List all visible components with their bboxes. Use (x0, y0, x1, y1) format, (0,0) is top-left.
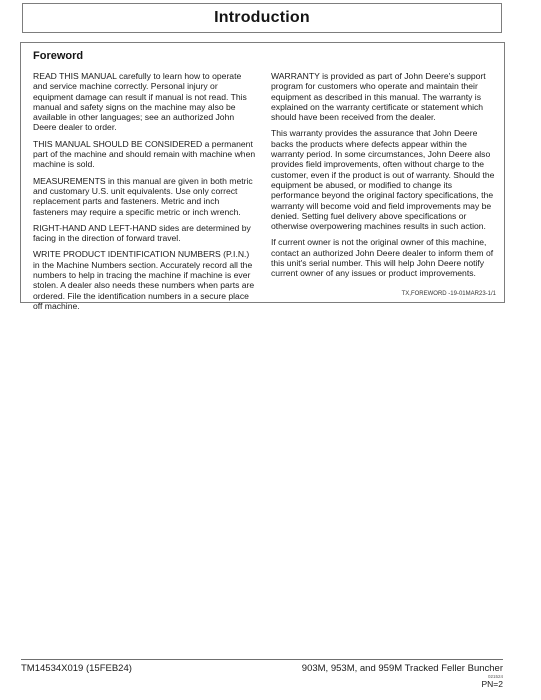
foreword-left-column: READ THIS MANUAL carefully to learn how … (33, 71, 257, 317)
footer-model-title: 903M, 953M, and 959M Tracked Feller Bunc… (302, 663, 503, 674)
foreword-right-column: WARRANTY is provided as part of John Dee… (271, 71, 495, 317)
page-footer: TM14534X019 (15FEB24) 903M, 953M, and 95… (21, 659, 503, 689)
paragraph-right-left-hand: RIGHT-HAND AND LEFT-HAND sides are deter… (33, 223, 257, 244)
foreword-section: Foreword READ THIS MANUAL carefully to l… (20, 42, 505, 303)
paragraph-warranty-provided: WARRANTY is provided as part of John Dee… (271, 71, 495, 122)
paragraph-measurements: MEASUREMENTS in this manual are given in… (33, 176, 257, 217)
paragraph-current-owner: If current owner is not the original own… (271, 237, 495, 278)
paragraph-read-this-manual: READ THIS MANUAL carefully to learn how … (33, 71, 257, 133)
title-box: Introduction (22, 3, 502, 33)
footer-page-number: PN=2 (302, 679, 503, 689)
foreword-columns: READ THIS MANUAL carefully to learn how … (33, 71, 495, 317)
paragraph-manual-considered: THIS MANUAL SHOULD BE CONSIDERED a perma… (33, 139, 257, 170)
footer-doc-id: TM14534X019 (15FEB24) (21, 663, 132, 674)
footer-right-block: 903M, 953M, and 959M Tracked Feller Bunc… (302, 663, 503, 689)
foreword-heading: Foreword (33, 50, 495, 62)
revision-tag: TX,FOREWORD -19-01MAR23-1/1 (402, 291, 496, 297)
paragraph-warranty-assurance: This warranty provides the assurance tha… (271, 128, 495, 231)
page-title: Introduction (214, 9, 310, 27)
paragraph-write-pin: WRITE PRODUCT IDENTIFICATION NUMBERS (P.… (33, 249, 257, 311)
